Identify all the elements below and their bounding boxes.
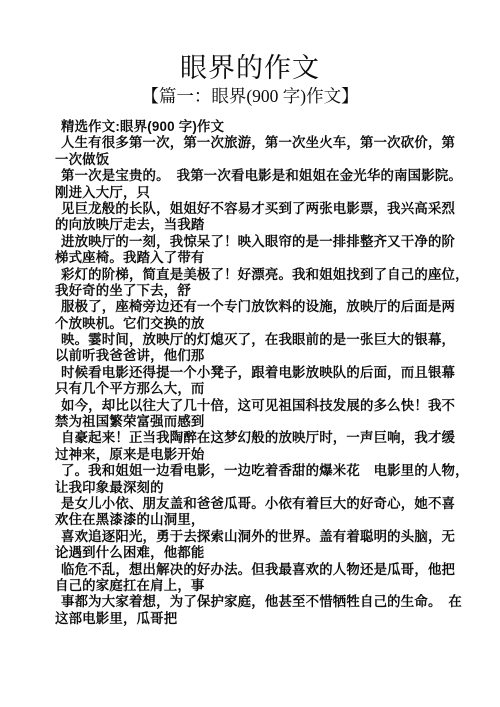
essay-line: 这部电影里，瓜哥把 [55,611,455,627]
essay-line: 我好奇的坐了下去，舒 [55,283,455,299]
essay-line: 个放映机。它们交换的放 [55,316,455,332]
essay-subtitle: 【篇一：眼界(900 字)作文】 [0,86,500,107]
essay-line: 让我印象最深刻的 [55,480,455,496]
essay-line: 人生有很多第一次，第一次旅游，第一次坐火车，第一次砍价，第 [55,135,455,151]
essay-line: 以前听我爸爸讲，他们那 [55,348,455,364]
essay-line: 映。霎时间，放映厅的灯熄灭了，在我眼前的是一张巨大的银幕， [55,332,455,348]
essay-line: 如今，却比以往大了几十倍，这可见祖国科技发展的多么快！我不 [55,398,455,414]
essay-line: 是女儿小依、朋友盖和爸爸瓜哥。小依有着巨大的好奇心，她不喜 [55,496,455,512]
essay-line: 第一次是宝贵的。 我第一次看电影是和姐姐在金光华的南国影院。 [55,168,455,184]
essay-line: 了。我和姐姐一边看电影，一边吃着香甜的爆米花 电影里的人物， [55,463,455,479]
essay-line: 彩灯的阶梯，简直是美极了！好漂亮。我和姐姐找到了自己的座位， [55,267,455,283]
essay-line: 欢住在黑漆漆的山洞里， [55,512,455,528]
essay-line: 自己的家庭扛在肩上，事 [55,578,455,594]
essay-line: 过神来，原来是电影开始 [55,447,455,463]
essay-line: 一次做饭 [55,152,455,168]
essay-line: 的向放映厅走去，当我踏 [55,217,455,233]
essay-line: 临危不乱，想出解决的好办法。但我最喜欢的人物还是瓜哥，他把 [55,562,455,578]
essay-line: 刚进入大厅，只 [55,185,455,201]
essay-line: 服极了，座椅旁边还有一个专门放饮料的设施，放映厅的后面是两 [55,299,455,315]
essay-title: 眼界的作文 [0,53,500,84]
essay-line: 论遇到什么困难，他都能 [55,545,455,561]
essay-line: 喜欢追逐阳光，勇于去探索山洞外的世界。盖有着聪明的头脑，无 [55,529,455,545]
essay-line: 自豪起来！正当我陶醉在这梦幻般的放映厅时，一声巨响，我才缓 [55,430,455,446]
essay-line: 梯式座椅。我踏入了带有 [55,250,455,266]
essay-line: 禁为祖国繁荣富强而感到 [55,414,455,430]
essay-line: 见巨龙般的长队，姐姐好不容易才买到了两张电影票，我兴高采烈 [55,201,455,217]
essay-lead-line: 精选作文:眼界(900 字)作文 [55,119,455,135]
essay-line: 只有几个平方那么大，而 [55,381,455,397]
document-page: 眼界的作文 【篇一：眼界(900 字)作文】 精选作文:眼界(900 字)作文人… [0,0,500,707]
essay-body: 精选作文:眼界(900 字)作文人生有很多第一次，第一次旅游，第一次坐火车，第一… [55,119,455,627]
essay-line: 进放映厅的一刻，我惊呆了！映入眼帘的是一排排整齐又干净的阶 [55,234,455,250]
essay-line: 时候看电影还得提一个小凳子，跟着电影放映队的后面，而且银幕 [55,365,455,381]
essay-line: 事都为大家着想，为了保护家庭，他甚至不惜牺牲自己的生命。 在 [55,594,455,610]
